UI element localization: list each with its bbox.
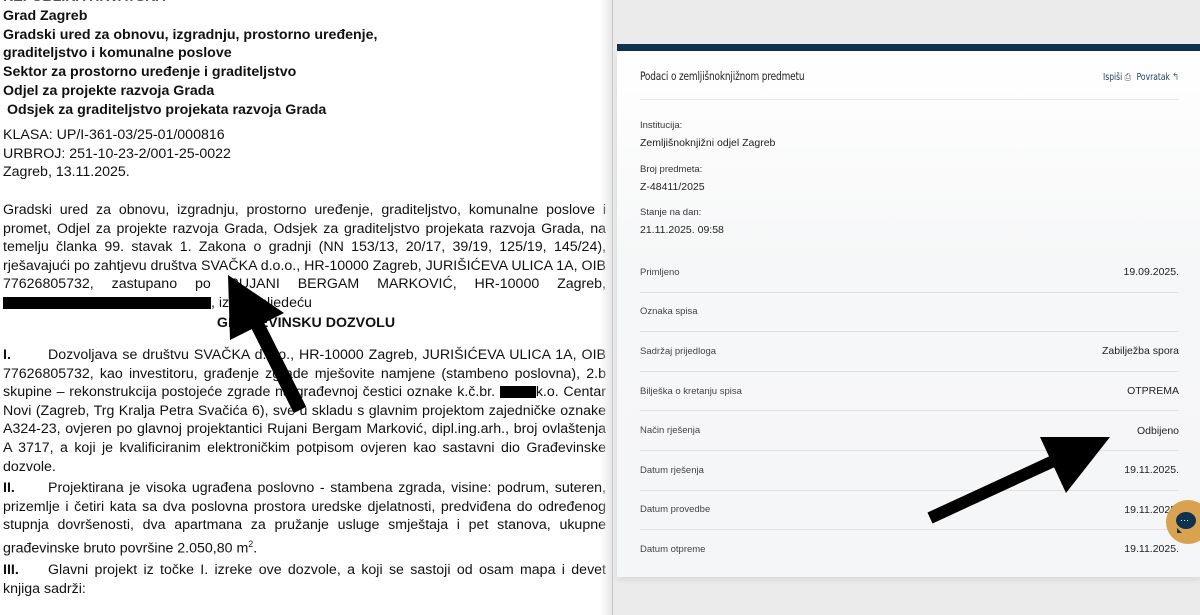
- intro-tail: , izdaje sljedeću: [211, 295, 312, 311]
- table-row: Datum otpreme19.11.2025.: [640, 530, 1179, 569]
- header-line: Gradski ured za obnovu, izgradnju, prost…: [3, 26, 377, 45]
- table-row: Način rješenjaOdbijeno: [640, 411, 1179, 451]
- case-details-card: Podaci o zemljišnoknjižnom predmetu Ispi…: [617, 51, 1200, 577]
- urbroj: URBROJ: 251-10-23-2/001-25-0022: [3, 145, 231, 164]
- card-title: Podaci o zemljišnoknjižnom predmetu: [640, 69, 804, 83]
- accent-bar: [617, 44, 1200, 51]
- row-value: Odbijeno: [1137, 425, 1179, 437]
- info-label: Stanje na dan:: [640, 207, 724, 218]
- printer-icon[interactable]: ⎙: [1125, 72, 1131, 83]
- row-key: Sadržaj prijedloga: [640, 346, 716, 357]
- table-row: Sadržaj prijedlogaZabilježba spora: [640, 332, 1179, 372]
- document-meta: KLASA: UP/I-361-03/25-01/000816 URBROJ: …: [3, 126, 231, 182]
- place-date: Zagreb, 13.11.2025.: [3, 163, 231, 182]
- header-line: Grad Zagreb: [3, 7, 377, 26]
- table-row: Datum provedbe19.11.2025.: [640, 491, 1179, 531]
- chat-dots: ···: [1180, 515, 1189, 525]
- redaction-bar: [3, 297, 211, 309]
- info-institution: Institucija: Zemljišnoknjižni odjel Zagr…: [640, 120, 775, 149]
- table-row: Primljeno19.09.2025.: [640, 253, 1179, 293]
- section-text: Projektirana je visoka ugrađena poslovno…: [3, 480, 606, 557]
- intro-paragraph: Gradski ured za obnovu, izgradnju, prost…: [3, 201, 606, 313]
- row-key: Datum otpreme: [640, 544, 705, 555]
- document-title: GRAĐEVINSKU DOZVOLU: [0, 315, 612, 331]
- card-actions: Ispiši ⎙ Povratak ↰: [1103, 72, 1179, 83]
- document-pane: REPUBLIKA HRVATSKA Grad Zagreb Gradski u…: [0, 0, 612, 615]
- row-value: OTPREMA: [1127, 385, 1179, 397]
- header-line: REPUBLIKA HRVATSKA: [3, 0, 377, 7]
- section-III: III.Glavni projekt iz točke I. izreke ov…: [3, 561, 606, 598]
- info-case-number: Broj predmeta: Z-48411/2025: [640, 164, 705, 193]
- table-row: Datum rješenja19.11.2025.: [640, 451, 1179, 491]
- row-key: Primljeno: [640, 267, 680, 278]
- details-table: Primljeno19.09.2025. Oznaka spisa Sadrža…: [640, 253, 1179, 569]
- row-key: Način rješenja: [640, 425, 700, 436]
- header-line: graditeljstvo i komunalne poslove: [3, 44, 377, 63]
- back-link[interactable]: Povratak: [1137, 72, 1170, 83]
- row-value: 19.09.2025.: [1124, 266, 1179, 278]
- web-pane: Podaci o zemljišnoknjižnom predmetu Ispi…: [612, 0, 1200, 615]
- table-row: Bilješka o kretanju spisaOTPREMA: [640, 372, 1179, 412]
- page-edge-shadow: [600, 0, 612, 615]
- info-status-date: Stanje na dan: 21.11.2025. 09:58: [640, 207, 724, 236]
- info-value: Z-48411/2025: [640, 181, 705, 193]
- section-I: I.Dozvoljava se društvu SVAČKA d.o.o., H…: [3, 346, 606, 476]
- info-label: Institucija:: [640, 120, 775, 131]
- info-value: 21.11.2025. 09:58: [640, 224, 724, 236]
- intro-text: Gradski ured za obnovu, izgradnju, prost…: [3, 202, 606, 292]
- info-label: Broj predmeta:: [640, 164, 705, 175]
- document-header: REPUBLIKA HRVATSKA Grad Zagreb Gradski u…: [3, 0, 377, 120]
- section-text-end: .: [253, 541, 257, 557]
- row-value: 19.11.2025.: [1124, 464, 1179, 476]
- info-value: Zemljišnoknjižni odjel Zagreb: [640, 137, 775, 149]
- row-key: Oznaka spisa: [640, 306, 698, 317]
- print-link[interactable]: Ispiši: [1103, 72, 1122, 83]
- card-header: Podaci o zemljišnoknjižnom predmetu Ispi…: [640, 51, 1179, 100]
- row-value: 19.11.2025.: [1124, 543, 1179, 555]
- return-arrow-icon[interactable]: ↰: [1172, 72, 1179, 83]
- row-key: Bilješka o kretanju spisa: [640, 386, 742, 397]
- row-key: Datum provedbe: [640, 504, 710, 515]
- header-line: Odsjek za graditeljstvo projekata razvoj…: [3, 101, 377, 120]
- table-row: Oznaka spisa: [640, 293, 1179, 333]
- section-number: I.: [3, 346, 48, 365]
- section-text: Glavni projekt iz točke I. izreke ove do…: [3, 562, 606, 597]
- section-II: II.Projektirana je visoka ugrađena poslo…: [3, 479, 606, 558]
- row-value: Zabilježba spora: [1102, 345, 1179, 357]
- section-number: III.: [3, 561, 48, 580]
- header-line: Odjel za projekte razvoja Grada: [3, 82, 377, 101]
- redaction-bar: [500, 386, 536, 398]
- header-line: Sektor za prostorno uređenje i graditelj…: [3, 63, 377, 82]
- section-number: II.: [3, 479, 48, 498]
- klasa: KLASA: UP/I-361-03/25-01/000816: [3, 126, 231, 145]
- row-key: Datum rješenja: [640, 465, 704, 476]
